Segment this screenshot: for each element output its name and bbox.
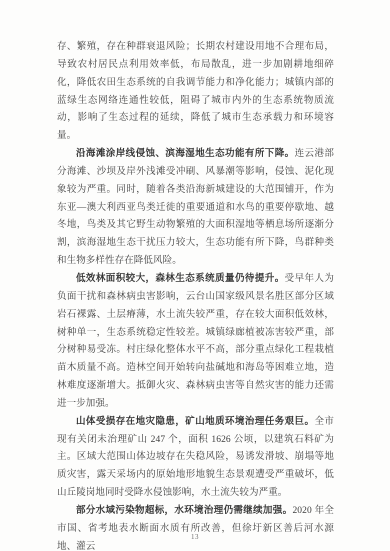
paragraph-lead: 低效林面积较大，森林生态系统质量仍待提升。 [76, 274, 285, 284]
paragraph-text: 存、繁殖，存在种群衰退风险；长期农村建设用地不合理布局，导致农村居民点利用效率低… [57, 42, 334, 141]
paragraph-continuation: 存、繁殖，存在种群衰退风险；长期农村建设用地不合理布局，导致农村居民点利用效率低… [57, 39, 334, 146]
paragraph-text: 受早年人为负面干扰和森林病虫害影响，云台山国家级风景名胜区部分区域岩石裸露、土层… [57, 274, 334, 409]
page-number: 13 [0, 533, 390, 541]
paragraph-text: 连云港部分海滩、沙坝及岸外浅滩受冲刷、风暴潮等影响，侵蚀、泥化现象较为严重。同时… [57, 149, 334, 266]
paragraph-forest-quality: 低效林面积较大，森林生态系统质量仍待提升。受早年人为负面干扰和森林病虫害影响，云… [57, 271, 334, 414]
scanned-document-page: 存、繁殖，存在种群衰退风险；长期农村建设用地不合理布局，导致农村居民点利用效率低… [0, 0, 390, 551]
paragraph-text: 全市现有关闭未治理矿山 247 个，面积 1626 公顷，以建筑石料矿为主。区域… [57, 417, 334, 498]
paragraph-lead: 山体受损存在地灾隐患，矿山地质环境治理任务艰巨。 [76, 417, 314, 427]
body-text: 存、繁殖，存在种群衰退风险；长期农村建设用地不合理布局，导致农村居民点利用效率低… [57, 39, 334, 551]
paragraph-lead: 沿海滩涂岸线侵蚀、滨海湿地生态功能有所下降。 [76, 149, 295, 159]
paragraph-lead: 部分水域污染物超标，水环境治理仍需继续加强。 [76, 506, 292, 516]
paragraph-water-pollution: 部分水域污染物超标，水环境治理仍需继续加强。2020 年全市国、省考地表水断面水… [57, 503, 334, 551]
paragraph-coastal-wetland: 沿海滩涂岸线侵蚀、滨海湿地生态功能有所下降。连云港部分海滩、沙坝及岸外浅滩受冲刷… [57, 146, 334, 271]
paragraph-mine-geology: 山体受损存在地灾隐患，矿山地质环境治理任务艰巨。全市现有关闭未治理矿山 247 … [57, 414, 334, 503]
